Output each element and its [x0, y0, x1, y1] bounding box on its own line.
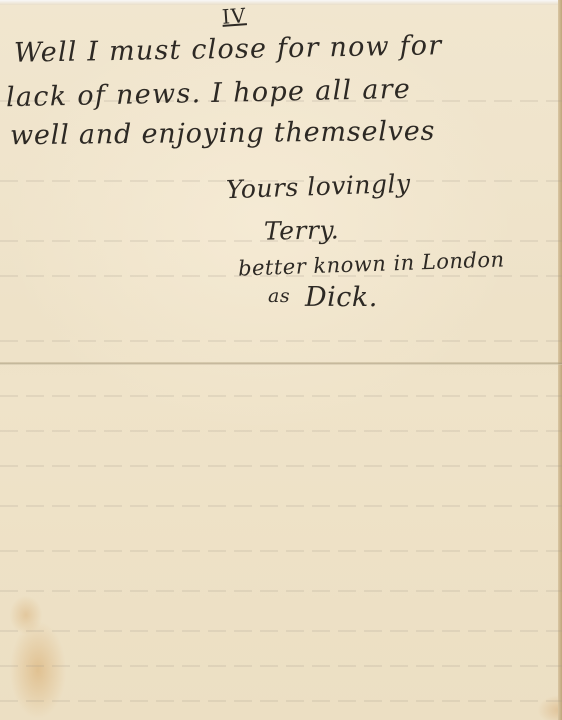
signature-nickname: Dick.	[305, 282, 378, 313]
bleed-through-line	[0, 430, 562, 432]
paper-top-edge	[0, 0, 562, 5]
bleed-through-line	[0, 550, 562, 552]
bleed-through-line	[0, 505, 562, 507]
letter-body-line: well and enjoying themselves	[10, 116, 436, 151]
bleed-through-line	[0, 665, 562, 667]
bleed-through-line	[0, 395, 562, 397]
paper-right-edge	[558, 0, 562, 720]
letter-body-line: Well I must close for now for	[14, 30, 443, 68]
bleed-through-line	[0, 340, 562, 342]
page-number-marker: IV	[221, 3, 247, 29]
bleed-through-line	[0, 465, 562, 467]
bleed-through-line	[0, 700, 562, 702]
signature-as-word: as	[268, 285, 290, 307]
signature-name: Terry.	[264, 215, 340, 245]
bleed-through-line	[0, 630, 562, 632]
bleed-through-line	[0, 590, 562, 592]
letter-body-line: lack of news. I hope all are	[6, 74, 412, 113]
paper-fold-line	[0, 362, 562, 365]
letter-page: IV Well I must close for now for lack of…	[0, 0, 562, 720]
letter-closing: Yours lovingly	[226, 169, 412, 204]
